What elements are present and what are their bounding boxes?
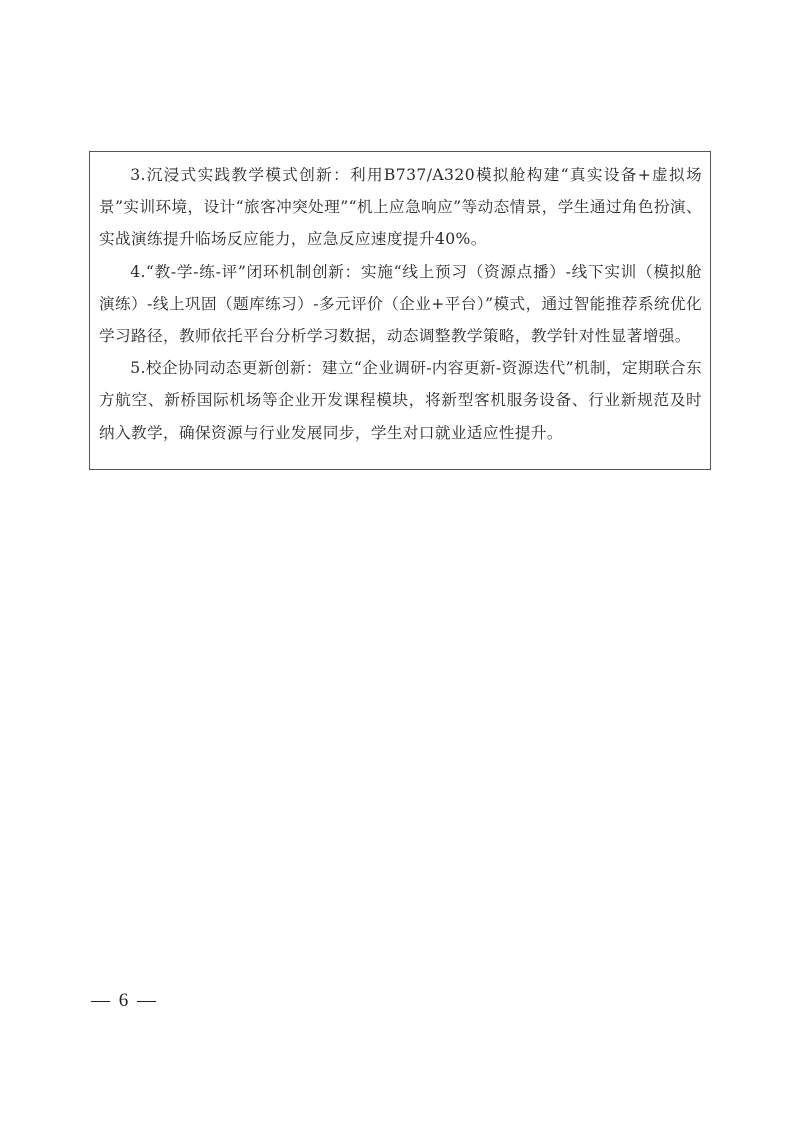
content-table-cell: 3.沉浸式实践教学模式创新：利用B737/A320模拟舱构建“真实设备+虚拟场景… (89, 151, 711, 470)
page-number: — 6 — (91, 990, 158, 1012)
paragraph-school-enterprise-collaboration: 5.校企协同动态更新创新：建立“企业调研-内容更新-资源迭代”机制，定期联合东方… (99, 352, 702, 449)
paragraph-immersive-teaching: 3.沉浸式实践教学模式创新：利用B737/A320模拟舱构建“真实设备+虚拟场景… (99, 159, 702, 256)
paragraph-closed-loop-mechanism: 4.“教-学-练-评”闭环机制创新：实施“线上预习（资源点播）-线下实训（模拟舱… (99, 256, 702, 353)
